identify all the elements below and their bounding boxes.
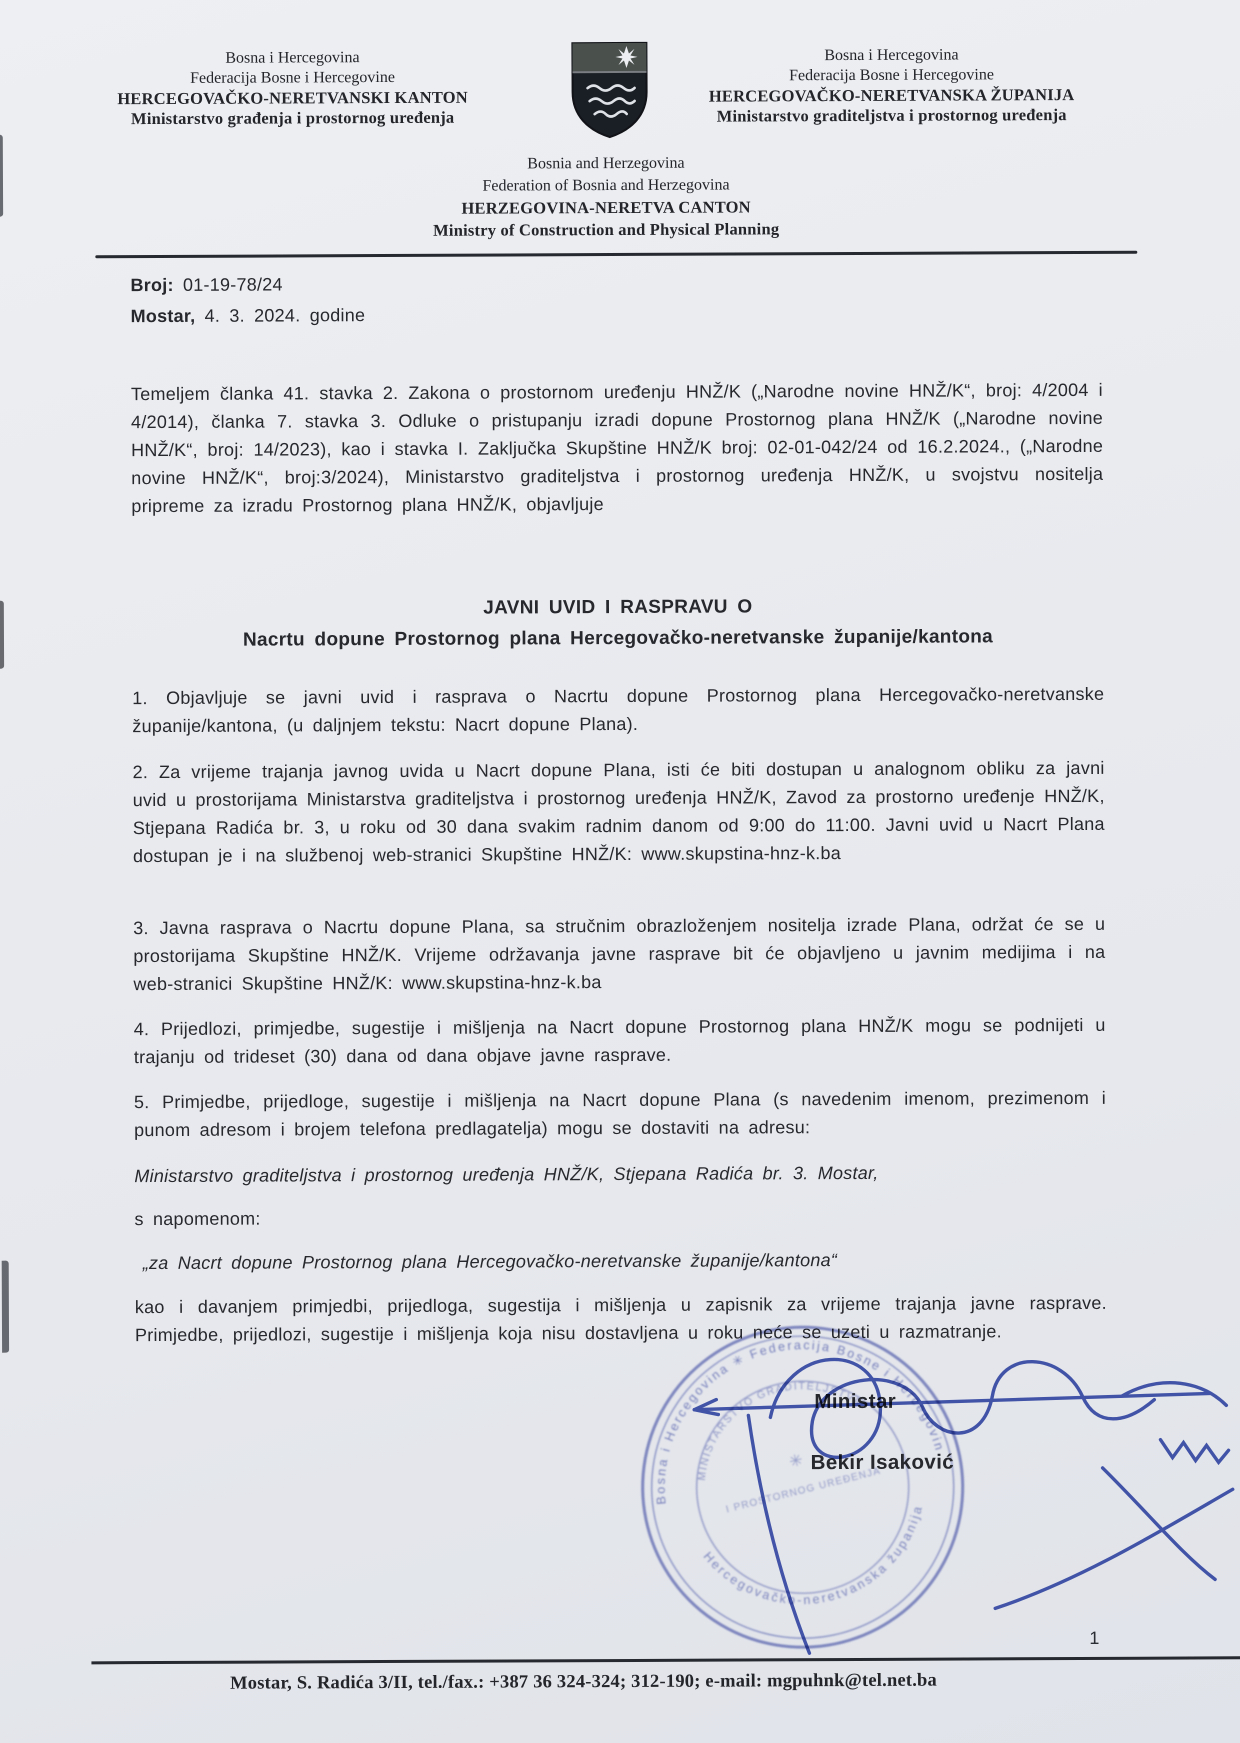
item-2: 2. Za vrijeme trajanja javnog uvida u Na… bbox=[133, 754, 1105, 870]
letterhead-left-canton: HERCEGOVAČKO-NERETVANSKI KANTON bbox=[75, 87, 511, 109]
letterhead-right-county: HERCEGOVAČKO-NERETVANSKA ŽUPANIJA bbox=[657, 85, 1127, 107]
letterhead-english: Bosnia and Herzegovina Federation of Bos… bbox=[0, 150, 1237, 243]
reference-number-value: 01-19-78/24 bbox=[174, 274, 283, 294]
letterhead-left-ministry: Ministarstvo građenja i prostornog uređe… bbox=[75, 107, 511, 129]
reference-block: Broj: 01-19-78/24 Mostar, 4. 3. 2024. go… bbox=[130, 266, 1102, 332]
reference-number-line: Broj: 01-19-78/24 bbox=[130, 266, 1102, 301]
header-divider bbox=[95, 251, 1137, 259]
intro-paragraph: Temeljem članka 41. stavka 2. Zakona o p… bbox=[131, 376, 1104, 520]
scan-edge-artifact bbox=[0, 601, 4, 669]
item-4: 4. Prijedlozi, primjedbe, sugestije i mi… bbox=[134, 1011, 1106, 1071]
ministry-address-line: Ministarstvo graditeljstva i prostornog … bbox=[134, 1158, 1106, 1190]
letterhead-right-ministry: Ministarstvo graditeljstva i prostornog … bbox=[657, 105, 1127, 127]
place-label: Mostar, bbox=[131, 306, 196, 326]
handwritten-signature-ink bbox=[562, 1277, 1240, 1680]
document-title: JAVNI UVID I RASPRAVU O Nacrtu dopune Pr… bbox=[132, 590, 1104, 656]
reference-number-label: Broj: bbox=[130, 275, 173, 295]
letterhead-en-ministry: Ministry of Construction and Physical Pl… bbox=[0, 216, 1215, 243]
date-value: 4. 3. 2024. godine bbox=[195, 305, 365, 326]
item-3: 3. Javna rasprava o Nacrtu dopune Plana,… bbox=[133, 910, 1105, 998]
document-page: Bosna i Hercegovina Federacija Bosne i H… bbox=[0, 0, 1240, 1743]
letterhead-right: Bosna i Hercegovina Federacija Bosne i H… bbox=[656, 45, 1126, 127]
letterhead-left-federation: Federacija Bosne i Hercegovine bbox=[74, 67, 510, 89]
item-5: 5. Primjedbe, prijedloge, sugestije i mi… bbox=[134, 1084, 1106, 1144]
scan-edge-artifact bbox=[2, 1261, 9, 1353]
document-title-line1: JAVNI UVID I RASPRAVU O bbox=[132, 590, 1104, 625]
letterhead-right-federation: Federacija Bosne i Hercegovine bbox=[656, 65, 1126, 87]
letterhead-left: Bosna i Hercegovina Federacija Bosne i H… bbox=[74, 47, 510, 129]
page-number: 1 bbox=[1089, 1628, 1099, 1649]
letterhead-left-country: Bosna i Hercegovina bbox=[74, 47, 510, 69]
footer-contact-line: Mostar, S. Radića 3/II, tel./fax.: +387 … bbox=[43, 1670, 1123, 1696]
letterhead-right-country: Bosna i Hercegovina bbox=[656, 45, 1126, 67]
note-label: s napomenom: bbox=[134, 1201, 1106, 1233]
coat-of-arms-icon bbox=[568, 40, 650, 140]
quoted-plan-title: „za Nacrt dopune Prostornog plana Herceg… bbox=[135, 1245, 1115, 1277]
scanned-letter: Bosna i Hercegovina Federacija Bosne i H… bbox=[0, 0, 1240, 1743]
item-1: 1. Objavljuje se javni uvid i rasprava o… bbox=[132, 680, 1104, 740]
place-date-line: Mostar, 4. 3. 2024. godine bbox=[131, 297, 1103, 332]
document-title-line2: Nacrtu dopune Prostornog plana Hercegova… bbox=[132, 621, 1104, 656]
